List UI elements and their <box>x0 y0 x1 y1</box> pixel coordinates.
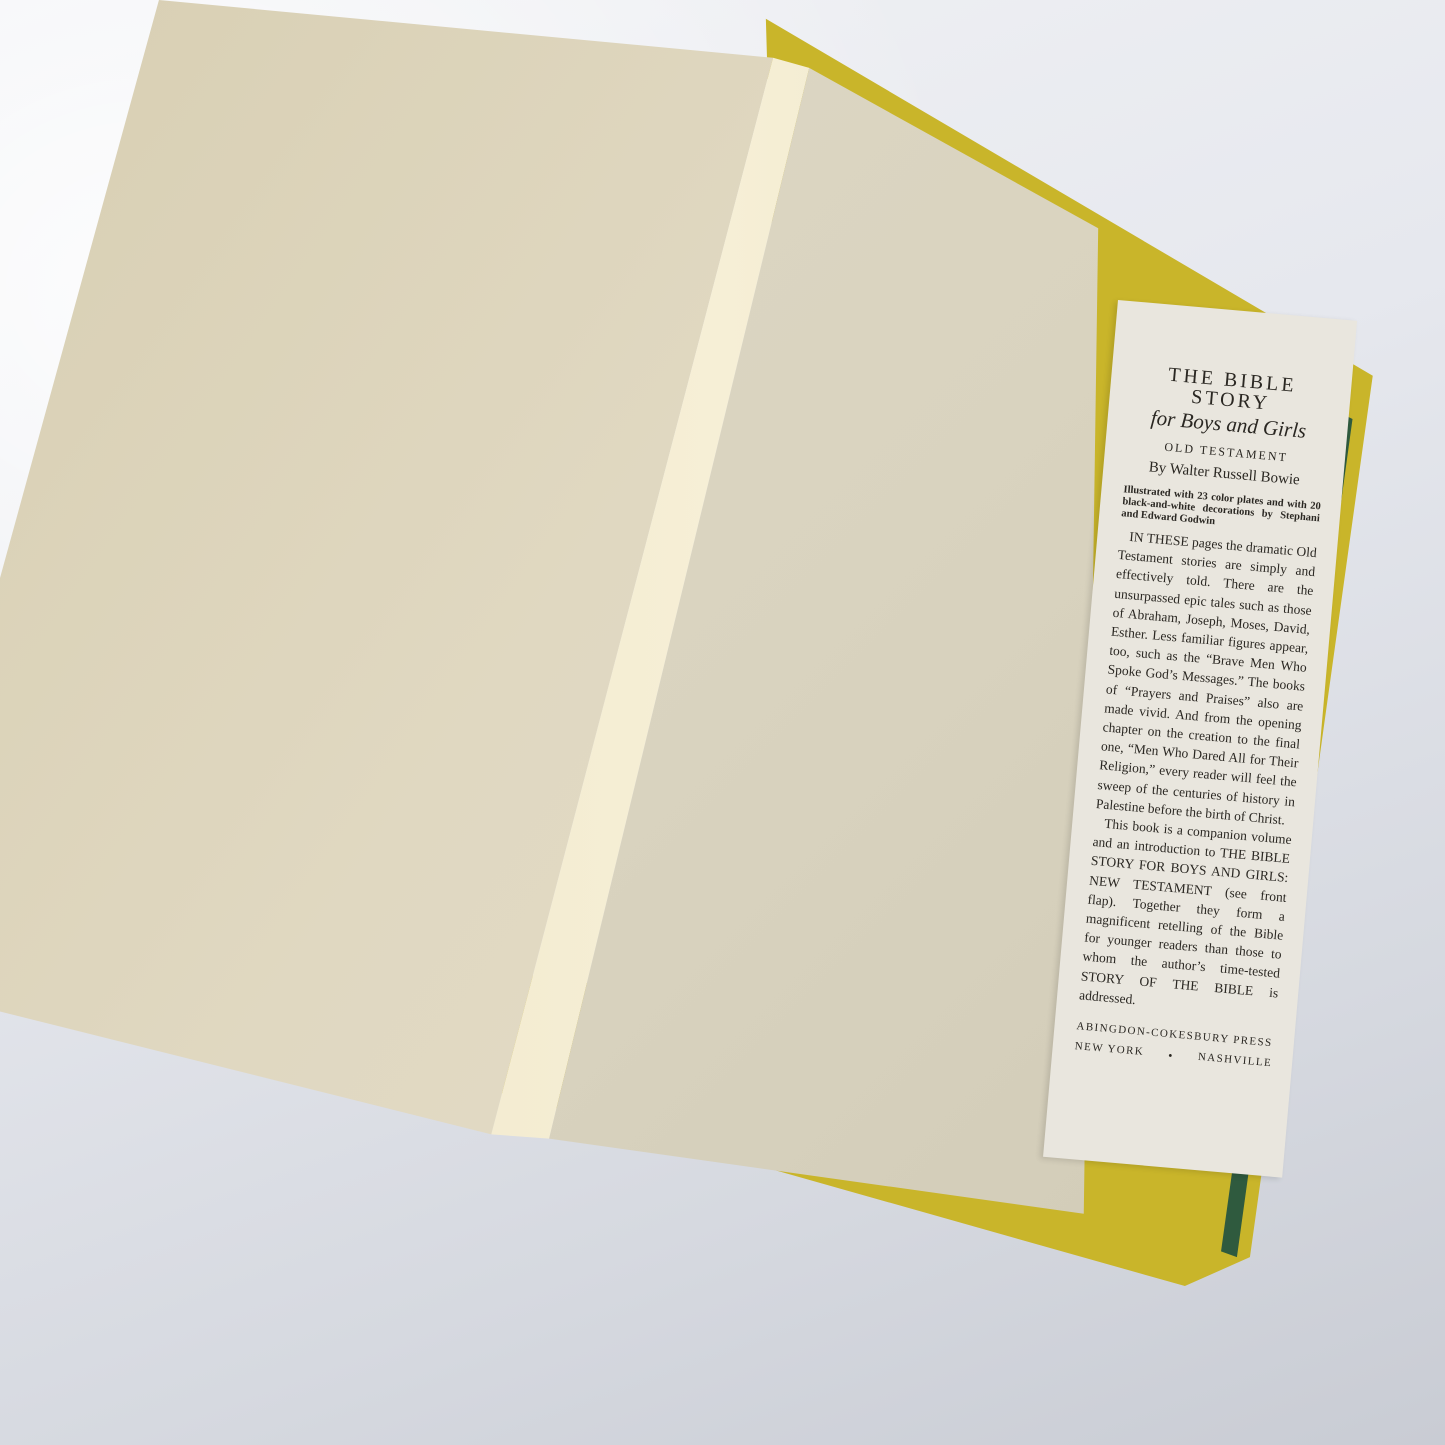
flap-blurb: IN THESE pages the dramatic Old Testamen… <box>1078 526 1317 1022</box>
flap-paragraph: This book is a companion volume and an i… <box>1078 813 1292 1022</box>
city-nashville: NASHVILLE <box>1197 1051 1272 1072</box>
bullet-separator-icon: • <box>1167 1048 1174 1063</box>
city-new-york: NEW YORK <box>1074 1040 1145 1061</box>
flap-paragraph: IN THESE pages the dramatic Old Testamen… <box>1095 526 1317 830</box>
